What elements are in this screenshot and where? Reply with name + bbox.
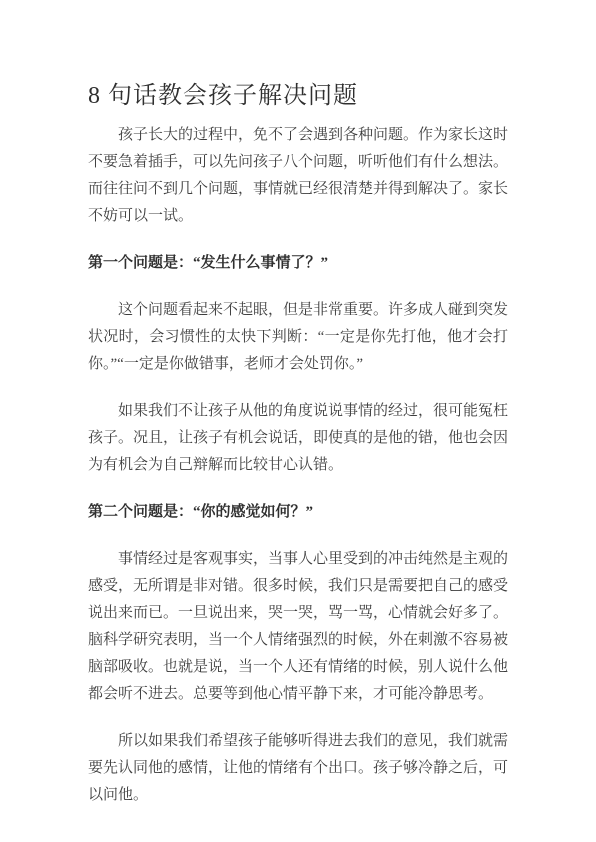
document-title: 8 句话教会孩子解决问题	[88, 78, 508, 114]
section-heading-question-1: 第一个问题是：“发生什么事情了？”	[88, 250, 508, 277]
paragraph-question-1-b: 如果我们不让孩子从他的角度说说事情的经过，很可能冤枉孩子。况且，让孩子有机会说话…	[88, 398, 508, 479]
section-heading-question-2: 第二个问题是：“你的感觉如何？”	[88, 499, 508, 526]
paragraph-question-2-a: 事情经过是客观事实，当事人心里受到的冲击纯然是主观的感受，无所谓是非对错。很多时…	[88, 546, 508, 708]
paragraph-intro: 孩子长大的过程中，免不了会遇到各种问题。作为家长这时不要急着插手，可以先问孩子八…	[88, 122, 508, 230]
paragraph-question-2-b: 所以如果我们希望孩子能够听得进去我们的意见，我们就需要先认同他的感情，让他的情绪…	[88, 728, 508, 809]
document-page: 8 句话教会孩子解决问题 孩子长大的过程中，免不了会遇到各种问题。作为家长这时不…	[0, 0, 596, 842]
paragraph-question-1-a: 这个问题看起来不起眼，但是非常重要。许多成人碰到突发状况时，会习惯性的太快下判断…	[88, 297, 508, 378]
